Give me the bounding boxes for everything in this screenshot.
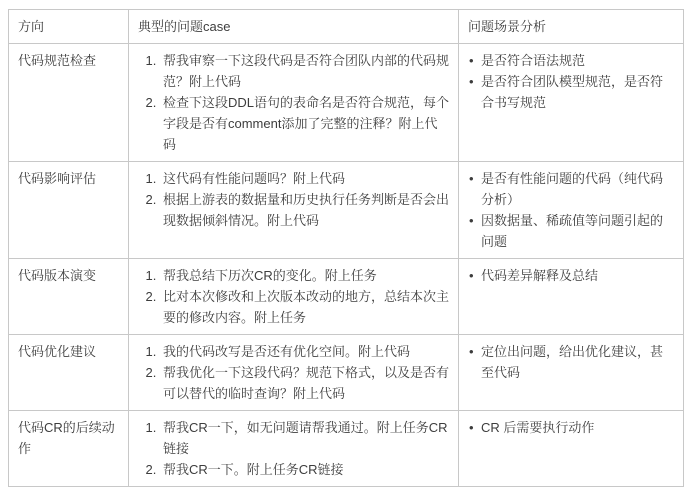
- analysis-list: 是否符合语法规范 是否符合团队模型规范，是否符合书写规范: [468, 50, 674, 113]
- case-item: 帮我优化一下这段代码？规范下格式，以及是否有可以替代的临时查询？附上代码: [160, 362, 449, 404]
- header-cases: 典型的问题case: [129, 10, 459, 44]
- case-item: 根据上游表的数据量和历史执行任务判断是否会出现数据倾斜情况。附上代码: [160, 189, 449, 231]
- analysis-cell: 是否符合语法规范 是否符合团队模型规范，是否符合书写规范: [459, 44, 684, 162]
- case-item: 检查下这段DDL语句的表命名是否符合规范，每个字段是否有comment添加了完整…: [160, 92, 449, 155]
- analysis-item: 是否符合团队模型规范，是否符合书写规范: [468, 71, 674, 113]
- cases-list: 这代码有性能问题吗？附上代码 根据上游表的数据量和历史执行任务判断是否会出现数据…: [138, 168, 449, 231]
- direction-cell: 代码规范检查: [9, 44, 129, 162]
- analysis-item: CR 后需要执行动作: [468, 417, 674, 438]
- analysis-list: CR 后需要执行动作: [468, 417, 674, 438]
- direction-cell: 代码CR的后续动作: [9, 411, 129, 487]
- cr-scenarios-table: 方向 典型的问题case 问题场景分析 代码规范检查 帮我审察一下这段代码是否符…: [8, 9, 684, 487]
- cases-cell: 这代码有性能问题吗？附上代码 根据上游表的数据量和历史执行任务判断是否会出现数据…: [129, 162, 459, 259]
- document-page: { "colors": { "background": "#ffffff", "…: [0, 0, 691, 466]
- cases-cell: 帮我审察一下这段代码是否符合团队内部的代码规范？附上代码 检查下这段DDL语句的…: [129, 44, 459, 162]
- cases-cell: 帮我CR一下，如无问题请帮我通过。附上任务CR链接 帮我CR一下。附上任务CR链…: [129, 411, 459, 487]
- cases-list: 我的代码改写是否还有优化空间。附上代码 帮我优化一下这段代码？规范下格式，以及是…: [138, 341, 449, 404]
- analysis-cell: CR 后需要执行动作: [459, 411, 684, 487]
- cases-list: 帮我CR一下，如无问题请帮我通过。附上任务CR链接 帮我CR一下。附上任务CR链…: [138, 417, 449, 480]
- header-analysis: 问题场景分析: [459, 10, 684, 44]
- direction-cell: 代码影响评估: [9, 162, 129, 259]
- cases-cell: 帮我总结下历次CR的变化。附上任务 比对本次修改和上次版本改动的地方，总结本次主…: [129, 259, 459, 335]
- cr-scenarios-table-container: 方向 典型的问题case 问题场景分析 代码规范检查 帮我审察一下这段代码是否符…: [8, 9, 684, 487]
- cases-cell: 我的代码改写是否还有优化空间。附上代码 帮我优化一下这段代码？规范下格式，以及是…: [129, 335, 459, 411]
- table-row: 代码规范检查 帮我审察一下这段代码是否符合团队内部的代码规范？附上代码 检查下这…: [9, 44, 684, 162]
- analysis-item: 因数据量、稀疏值等问题引起的问题: [468, 210, 674, 252]
- direction-cell: 代码版本演变: [9, 259, 129, 335]
- cases-list: 帮我审察一下这段代码是否符合团队内部的代码规范？附上代码 检查下这段DDL语句的…: [138, 50, 449, 155]
- analysis-cell: 代码差异解释及总结: [459, 259, 684, 335]
- analysis-item: 是否有性能问题的代码（纯代码分析）: [468, 168, 674, 210]
- case-item: 比对本次修改和上次版本改动的地方，总结本次主要的修改内容。附上任务: [160, 286, 449, 328]
- analysis-item: 定位出问题，给出优化建议，甚至代码: [468, 341, 674, 383]
- case-item: 帮我总结下历次CR的变化。附上任务: [160, 265, 449, 286]
- analysis-item: 代码差异解释及总结: [468, 265, 674, 286]
- case-item: 帮我审察一下这段代码是否符合团队内部的代码规范？附上代码: [160, 50, 449, 92]
- table-row: 代码影响评估 这代码有性能问题吗？附上代码 根据上游表的数据量和历史执行任务判断…: [9, 162, 684, 259]
- direction-cell: 代码优化建议: [9, 335, 129, 411]
- cases-list: 帮我总结下历次CR的变化。附上任务 比对本次修改和上次版本改动的地方，总结本次主…: [138, 265, 449, 328]
- analysis-list: 是否有性能问题的代码（纯代码分析） 因数据量、稀疏值等问题引起的问题: [468, 168, 674, 252]
- table-row: 代码CR的后续动作 帮我CR一下，如无问题请帮我通过。附上任务CR链接 帮我CR…: [9, 411, 684, 487]
- case-item: 帮我CR一下，如无问题请帮我通过。附上任务CR链接: [160, 417, 449, 459]
- case-item: 帮我CR一下。附上任务CR链接: [160, 459, 449, 480]
- table-row: 代码优化建议 我的代码改写是否还有优化空间。附上代码 帮我优化一下这段代码？规范…: [9, 335, 684, 411]
- analysis-cell: 定位出问题，给出优化建议，甚至代码: [459, 335, 684, 411]
- analysis-list: 代码差异解释及总结: [468, 265, 674, 286]
- case-item: 我的代码改写是否还有优化空间。附上代码: [160, 341, 449, 362]
- table-row: 代码版本演变 帮我总结下历次CR的变化。附上任务 比对本次修改和上次版本改动的地…: [9, 259, 684, 335]
- analysis-list: 定位出问题，给出优化建议，甚至代码: [468, 341, 674, 383]
- analysis-cell: 是否有性能问题的代码（纯代码分析） 因数据量、稀疏值等问题引起的问题: [459, 162, 684, 259]
- header-direction: 方向: [9, 10, 129, 44]
- analysis-item: 是否符合语法规范: [468, 50, 674, 71]
- case-item: 这代码有性能问题吗？附上代码: [160, 168, 449, 189]
- table-header-row: 方向 典型的问题case 问题场景分析: [9, 10, 684, 44]
